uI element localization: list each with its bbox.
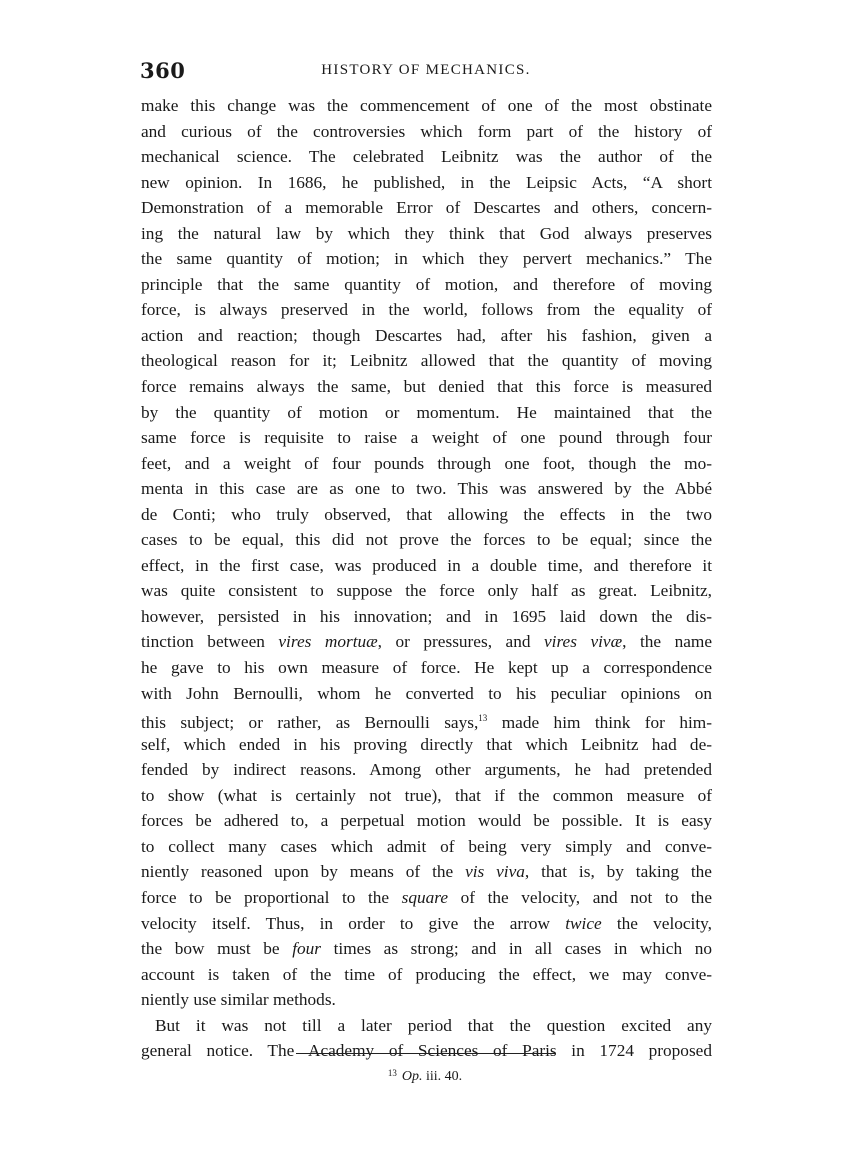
text-line: to show (what is certainly not true), th… — [141, 783, 712, 809]
italic-term: vires mortuæ — [278, 632, 377, 651]
italic-term: four — [292, 939, 321, 958]
text-line: feet, and a weight of four pounds throug… — [141, 451, 712, 477]
text-line: menta in this case are as one to two. Th… — [141, 476, 712, 502]
footnote-italic-text: Op. — [402, 1069, 423, 1084]
text-line: principle that the same quantity of moti… — [141, 272, 712, 298]
text-line: mechanical science. The celebrated Leibn… — [141, 144, 712, 170]
text-line: niently use similar methods. — [141, 987, 712, 1013]
text-line: and curious of the controversies which f… — [141, 119, 712, 145]
text-line: Demonstration of a memorable Error of De… — [141, 195, 712, 221]
text-line: niently reasoned upon by means of the vi… — [141, 859, 712, 885]
text-line: the bow must be four times as strong; an… — [141, 936, 712, 962]
text-line: with John Bernoulli, whom he converted t… — [141, 681, 712, 707]
italic-term: twice — [565, 914, 601, 933]
text-line: force remains always the same, but denie… — [141, 374, 712, 400]
running-title: HISTORY OF MECHANICS. — [140, 62, 712, 79]
text-line: de Conti; who truly observed, that allow… — [141, 502, 712, 528]
italic-term: square — [402, 888, 448, 907]
text-line: to collect many cases which admit of bei… — [141, 834, 712, 860]
text-line: the same quantity of motion; in which th… — [141, 246, 712, 272]
text-line: fended by indirect reasons. Among other … — [141, 757, 712, 783]
footnote: 13Op. iii. 40. — [0, 1068, 850, 1085]
text-line: force to be proportional to the square o… — [141, 885, 712, 911]
text-line: theological reason for it; Leibnitz allo… — [141, 348, 712, 374]
text-line: self, which ended in his proving directl… — [141, 732, 712, 758]
text-line: he gave to his own measure of force. He … — [141, 655, 712, 681]
text-line: same force is requisite to raise a weigh… — [141, 425, 712, 451]
text-line: general notice. The Academy of Sciences … — [141, 1038, 712, 1064]
running-head: 360 HISTORY OF MECHANICS. — [140, 58, 712, 84]
footnote-divider — [296, 1053, 555, 1054]
text-line: however, persisted in his innovation; an… — [141, 604, 712, 630]
text-line: account is taken of the time of producin… — [141, 962, 712, 988]
text-line: But it was not till a later period that … — [141, 1013, 712, 1039]
footnote-text: iii. 40. — [422, 1069, 462, 1084]
text-line: by the quantity of motion or momentum. H… — [141, 400, 712, 426]
text-line: force, is always preserved in the world,… — [141, 297, 712, 323]
text-line: make this change was the commencement of… — [141, 93, 712, 119]
italic-term: vires vivæ — [544, 632, 622, 651]
text-line: new opinion. In 1686, he published, in t… — [141, 170, 712, 196]
body-text: make this change was the commencement of… — [141, 93, 712, 1064]
italic-term: vis viva — [465, 862, 525, 881]
footnote-marker: 13 — [388, 1068, 397, 1078]
text-line: effect, in the first case, was produced … — [141, 553, 712, 579]
text-line: tinction between vires mortuæ, or pressu… — [141, 629, 712, 655]
text-line: forces be adhered to, a perpetual motion… — [141, 808, 712, 834]
text-line: action and reaction; though Descartes ha… — [141, 323, 712, 349]
book-page: 360 HISTORY OF MECHANICS. make this chan… — [0, 0, 850, 1150]
text-line: this subject; or rather, as Bernoulli sa… — [141, 706, 712, 732]
text-line: velocity itself. Thus, in order to give … — [141, 911, 712, 937]
text-line: cases to be equal, this did not prove th… — [141, 527, 712, 553]
footnote-reference[interactable]: 13 — [478, 713, 487, 723]
text-line: was quite consistent to suppose the forc… — [141, 578, 712, 604]
text-line: ing the natural law by which they think … — [141, 221, 712, 247]
